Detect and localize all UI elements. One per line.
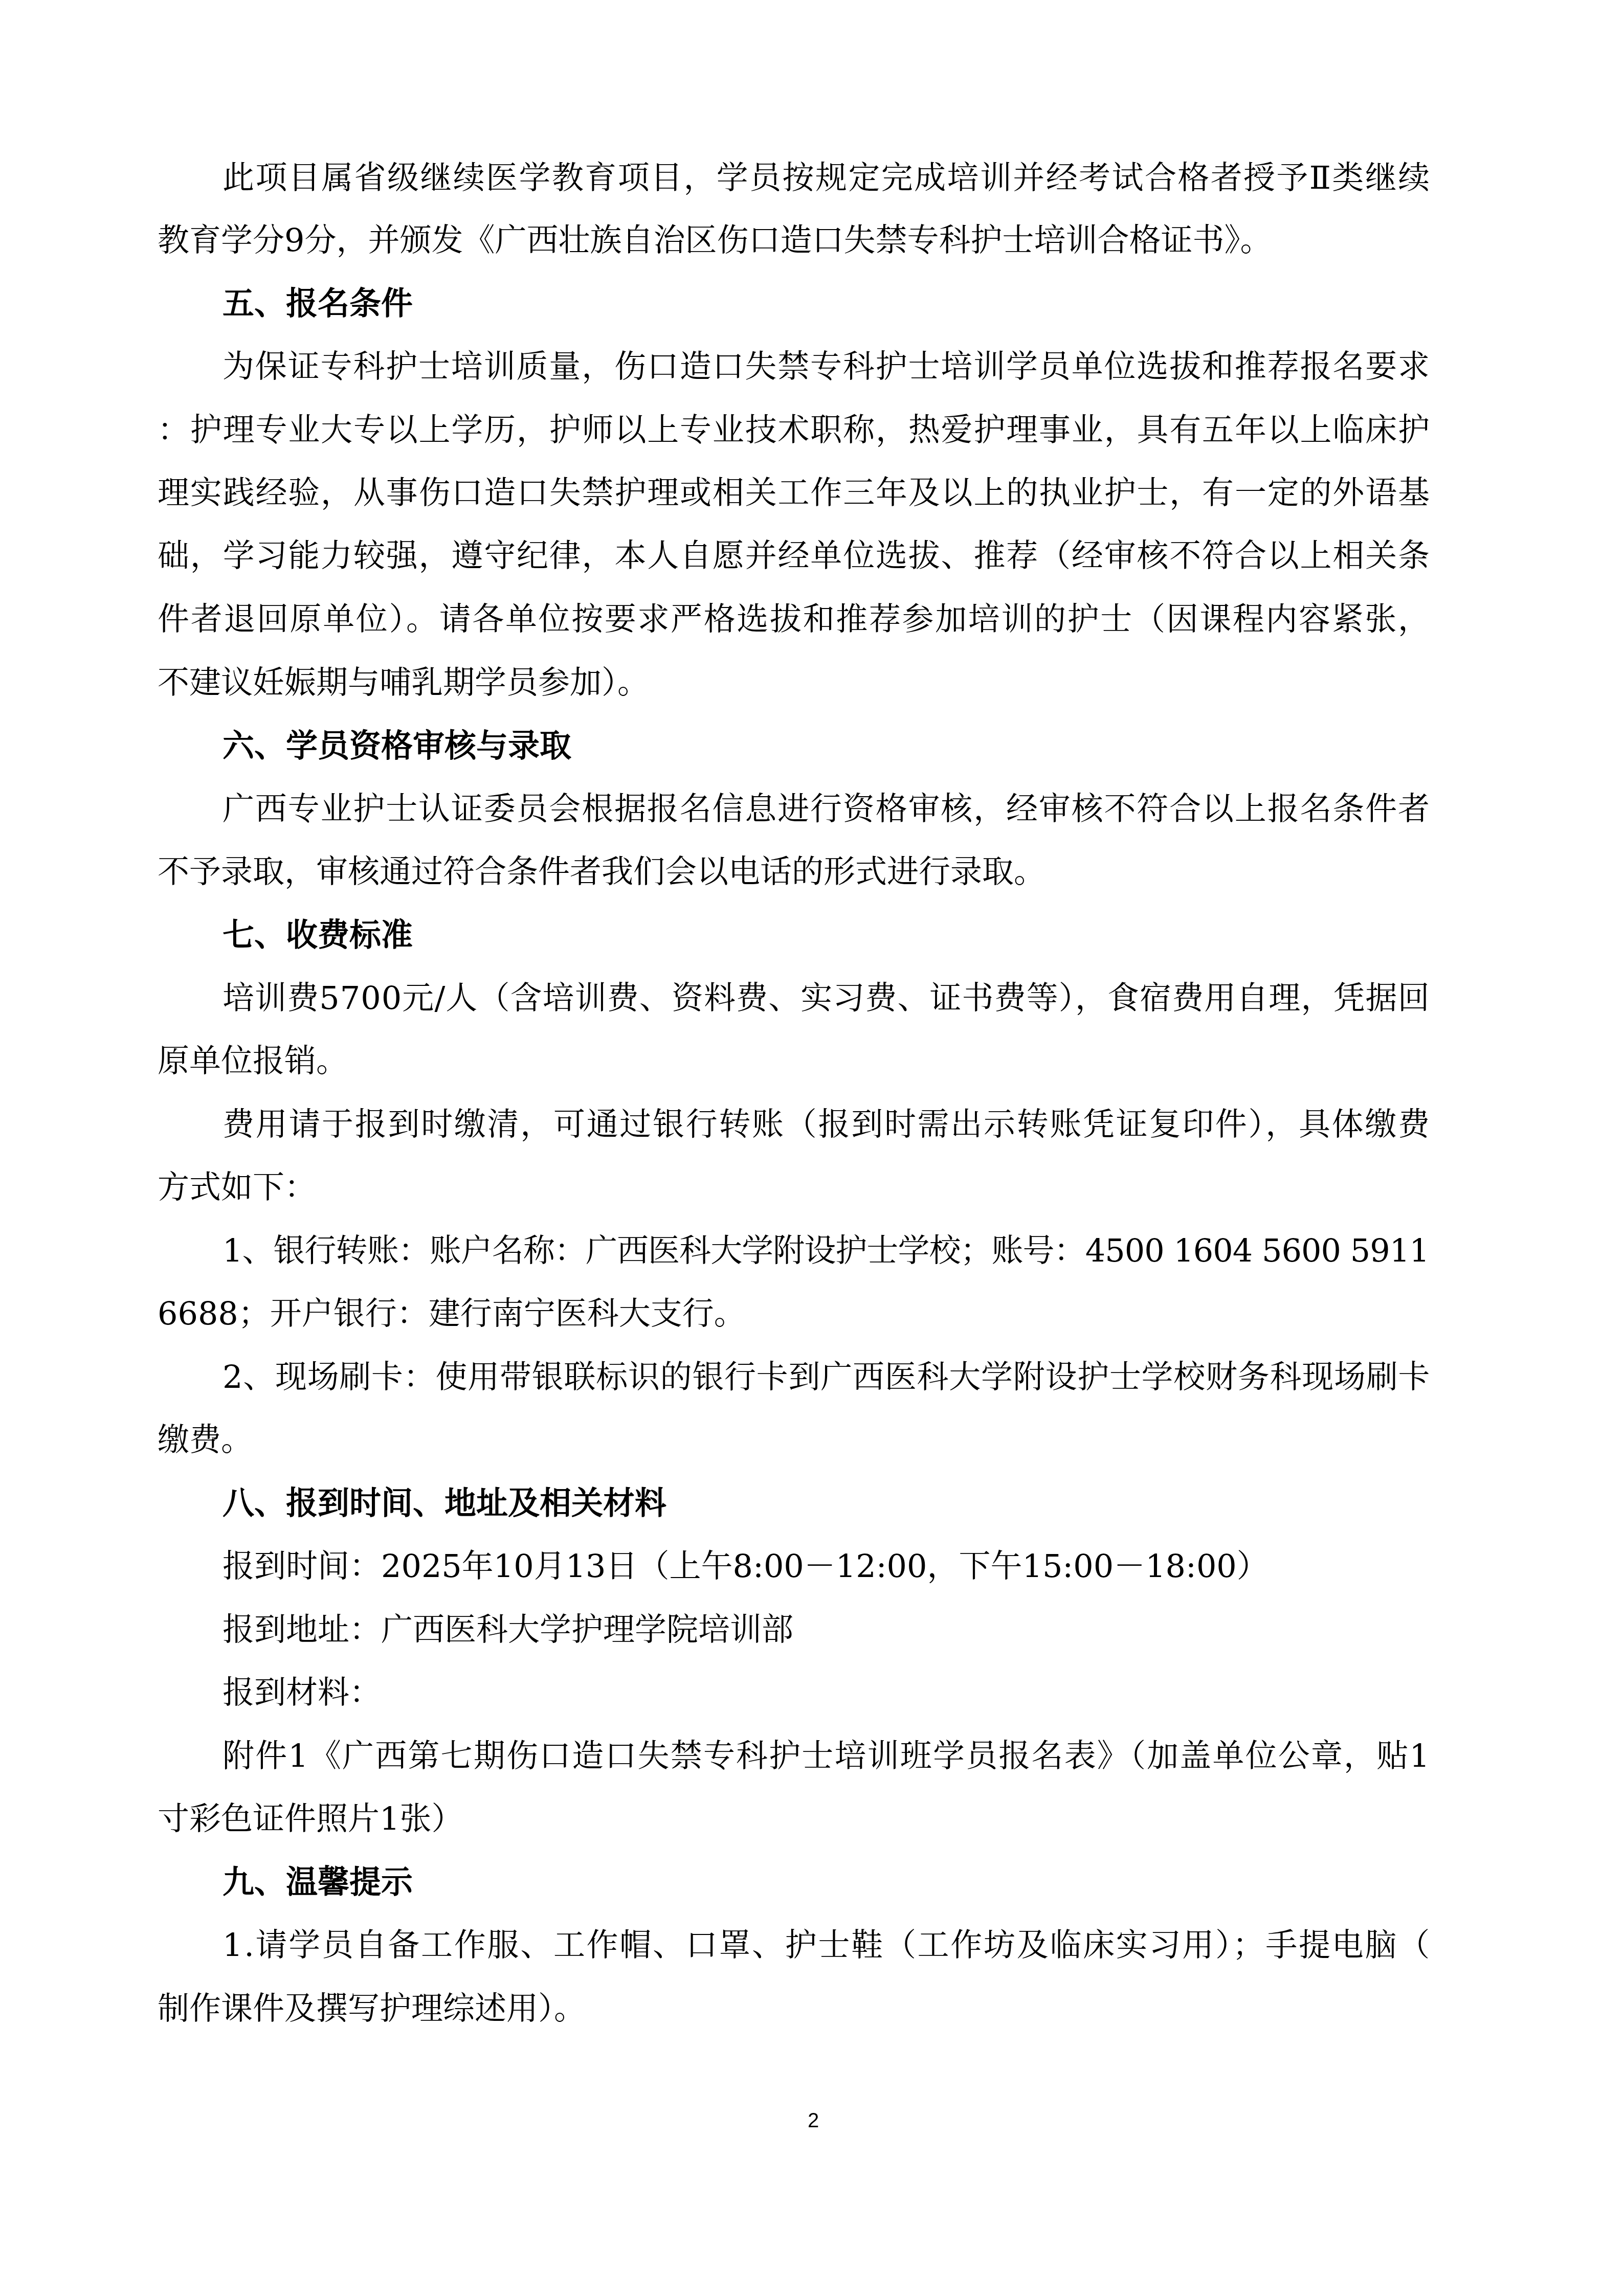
paragraph-line: 费用请于报到时缴清，可通过银行转账（报到时需出示转账凭证复印件），具体缴费	[223, 1101, 1431, 1147]
section-heading: 六、学员资格审核与录取	[223, 723, 571, 769]
paragraph-line: 件者退回原单位）。请各单位按要求严格选拔和推荐参加培训的护士（因课程内容紧张，	[158, 596, 1431, 642]
paragraph-line: 础，学习能力较强，遵守纪律，本人自愿并经单位选拔、推荐（经审核不符合以上相关条	[158, 533, 1431, 579]
paragraph-line: 原单位报销。	[158, 1038, 348, 1084]
paragraph-line: 此项目属省级继续医学教育项目，学员按规定完成培训并经考试合格者授予Ⅱ类继续	[223, 155, 1431, 201]
section-heading: 七、收费标准	[223, 912, 413, 958]
paragraph-line: 广西专业护士认证委员会根据报名信息进行资格审核，经审核不符合以上报名条件者	[223, 786, 1431, 832]
paragraph-line: 6688；开户银行：建行南宁医科大支行。	[158, 1291, 746, 1337]
paragraph-line: 附件1《广西第七期伤口造口失禁专科护士培训班学员报名表》（加盖单位公章，贴1	[223, 1733, 1431, 1779]
paragraph-line: 报到地址：广西医科大学护理学院培训部	[223, 1607, 793, 1653]
paragraph-line: 报到材料：	[223, 1670, 381, 1716]
paragraph-line: 理实践经验，从事伤口造口失禁护理或相关工作三年及以上的执业护士，有一定的外语基	[158, 470, 1431, 516]
section-heading: 九、温馨提示	[223, 1859, 413, 1905]
section-heading: 五、报名条件	[223, 281, 413, 327]
document-page: 此项目属省级继续医学教育项目，学员按规定完成培训并经考试合格者授予Ⅱ类继续教育学…	[0, 0, 1624, 2296]
page-number: 2	[798, 2109, 829, 2132]
paragraph-line: 1、银行转账：账户名称：广西医科大学附设护士学校；账号：4500 1604 56…	[223, 1228, 1429, 1274]
paragraph-line: 不予录取，审核通过符合条件者我们会以电话的形式进行录取。	[158, 849, 1045, 895]
paragraph-line: 制作课件及撰写护理综述用）。	[158, 1986, 586, 2032]
paragraph-line: 方式如下：	[158, 1164, 316, 1210]
paragraph-line: 为保证专科护士培训质量，伤口造口失禁专科护士培训学员单位选拔和推荐报名要求	[223, 344, 1431, 390]
paragraph-line: 寸彩色证件照片1张）	[158, 1796, 463, 1842]
paragraph-line: ：护理专业大专以上学历，护师以上专业技术职称，热爱护理事业，具有五年以上临床护	[158, 407, 1431, 453]
paragraph-line: 1.请学员自备工作服、工作帽、口罩、护士鞋（工作坊及临床实习用）；手提电脑（	[223, 1922, 1431, 1968]
paragraph-line: 缴费。	[158, 1417, 253, 1463]
paragraph-line: 培训费5700元/人（含培训费、资料费、实习费、证书费等），食宿费用自理，凭据回	[223, 975, 1430, 1021]
paragraph-line: 教育学分9分，并颁发《广西壮族自治区伤口造口失禁专科护士培训合格证书》。	[158, 217, 1272, 263]
paragraph-line: 2、现场刷卡：使用带银联标识的银行卡到广西医科大学附设护士学校财务科现场刷卡	[223, 1354, 1430, 1400]
section-heading: 八、报到时间、地址及相关材料	[223, 1480, 666, 1526]
paragraph-line: 报到时间：2025年10月13日（上午8:00－12:00，下午15:00－18…	[223, 1543, 1269, 1589]
paragraph-line: 不建议妊娠期与哺乳期学员参加）。	[158, 660, 649, 706]
